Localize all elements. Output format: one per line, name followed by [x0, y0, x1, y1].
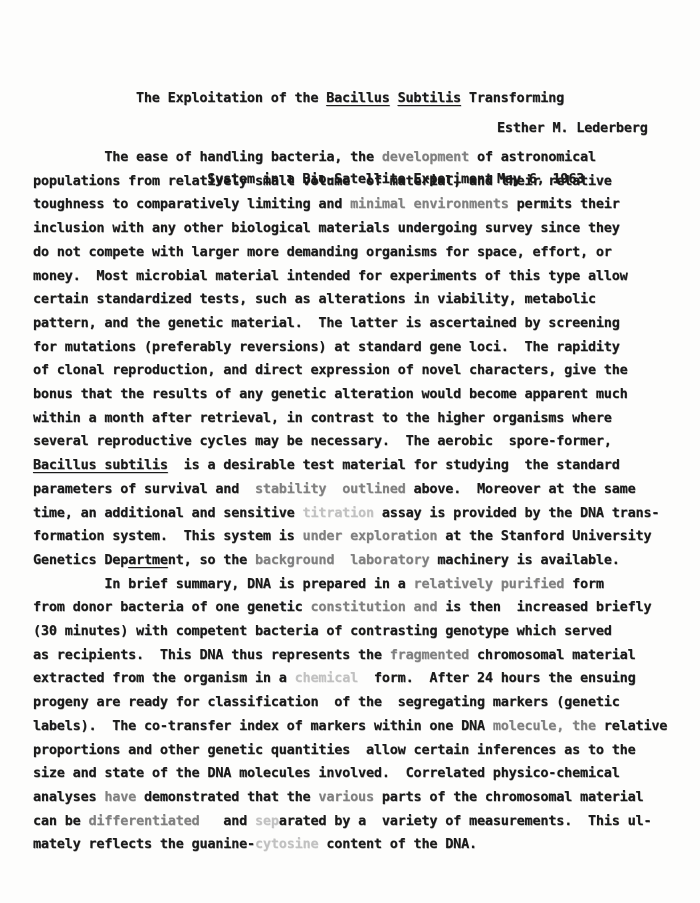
- text-segment: proportions and other genetic quantities…: [33, 742, 636, 758]
- text-segment: parts of the chromosomal material: [374, 789, 644, 805]
- body-line: toughness to comparatively limiting and …: [33, 193, 667, 217]
- text-segment: and: [200, 813, 256, 829]
- text-segment: certain standardized tests, such as alte…: [33, 291, 596, 307]
- body-line: The ease of handling bacteria, the devel…: [33, 146, 667, 170]
- body-line: populations from relatively small volume…: [33, 170, 667, 194]
- text-segment: can be: [33, 813, 89, 829]
- text-segment: form: [564, 576, 604, 592]
- body-line: time, an additional and sensitive titrat…: [33, 502, 667, 526]
- text-segment: size and state of the DNA molecules invo…: [33, 765, 620, 781]
- text-segment: relative: [596, 718, 667, 734]
- body-line: bonus that the results of any genetic al…: [33, 383, 667, 407]
- text-segment: nt, so the: [168, 552, 255, 568]
- author-name: Esther M. Lederberg: [497, 120, 648, 137]
- body-line: proportions and other genetic quantities…: [33, 739, 667, 763]
- text-segment: under exploration: [303, 528, 438, 544]
- body-line: money. Most microbial material intended …: [33, 265, 667, 289]
- text-segment: money. Most microbial material intended …: [33, 268, 628, 284]
- text-segment: for mutations (preferably reversions) at…: [33, 339, 620, 355]
- text-segment: The Exploitation of the: [136, 90, 326, 106]
- text-segment: toughness to comparatively limiting and: [33, 196, 350, 212]
- text-segment: inclusion with any other biological mate…: [33, 220, 620, 236]
- text-segment: parameters of survival and: [33, 481, 255, 497]
- text-segment: analyses: [33, 789, 104, 805]
- text-segment: relatively purified: [414, 576, 565, 592]
- body-line: several reproductive cycles may be neces…: [33, 430, 667, 454]
- text-segment: formation system. This system is: [33, 528, 303, 544]
- text-segment: extracted from the organism in a: [33, 670, 295, 686]
- body-line: within a month after retrieval, in contr…: [33, 407, 667, 431]
- text-segment: from donor bacteria of one genetic: [33, 599, 310, 615]
- underlined-text: Bacillus: [326, 90, 389, 106]
- body-line: parameters of survival and stability out…: [33, 478, 667, 502]
- body-line: formation system. This system is under e…: [33, 525, 667, 549]
- body-line: can be differentiated and separated by a…: [33, 810, 667, 834]
- body-line: extracted from the organism in a chemica…: [33, 667, 667, 691]
- text-segment: [390, 90, 398, 106]
- text-segment: is then increased briefly: [437, 599, 651, 615]
- text-segment: machinery is available.: [429, 552, 619, 568]
- underlined-text: Bacillus subtilis: [33, 457, 168, 473]
- text-segment: sep: [255, 813, 279, 829]
- body-line: labels). The co-transfer index of marker…: [33, 715, 667, 739]
- body-line: certain standardized tests, such as alte…: [33, 288, 667, 312]
- text-segment: content of the DNA.: [318, 836, 477, 852]
- text-segment: time, an additional and sensitive: [33, 505, 303, 521]
- text-segment: chemical: [295, 670, 358, 686]
- text-segment: populations from relatively small volume…: [33, 173, 612, 189]
- body-line: do not compete with larger more demandin…: [33, 241, 667, 265]
- body-line: as recipients. This DNA thus represents …: [33, 644, 667, 668]
- text-segment: background laboratory: [255, 552, 429, 568]
- body-line: Bacillus subtilis is a desirable test ma…: [33, 454, 667, 478]
- text-segment: chromosomal material: [469, 647, 635, 663]
- body-line: progeny are ready for classification of …: [33, 691, 667, 715]
- text-segment: do not compete with larger more demandin…: [33, 244, 612, 260]
- text-segment: mately reflects the guanine-: [33, 836, 255, 852]
- text-segment: stability outlined: [255, 481, 406, 497]
- text-segment: above. Moreover at the same: [406, 481, 636, 497]
- text-segment: demonstrated that the: [136, 789, 318, 805]
- text-segment: is a desirable test material for studyin…: [168, 457, 620, 473]
- body-line: from donor bacteria of one genetic const…: [33, 596, 667, 620]
- text-segment: molecule, the: [493, 718, 596, 734]
- text-segment: assay is provided by the DNA trans-: [374, 505, 659, 521]
- body-line: for mutations (preferably reversions) at…: [33, 336, 667, 360]
- body-line: (30 minutes) with competent bacteria of …: [33, 620, 667, 644]
- body-line: size and state of the DNA molecules invo…: [33, 762, 667, 786]
- text-segment: The ease of handling bacteria, the: [33, 149, 382, 165]
- body-line: mately reflects the guanine-cytosine con…: [33, 833, 667, 857]
- underlined-text: artme: [128, 552, 168, 568]
- text-segment: form. After 24 hours the ensuing: [358, 670, 635, 686]
- document-page: The Exploitation of the Bacillus Subtili…: [0, 0, 700, 903]
- text-segment: Genetics Dep: [33, 552, 128, 568]
- text-segment: pattern, and the genetic material. The l…: [33, 315, 620, 331]
- body-line: pattern, and the genetic material. The l…: [33, 312, 667, 336]
- text-segment: at the Stanford University: [437, 528, 651, 544]
- text-segment: of clonal reproduction, and direct expre…: [33, 362, 628, 378]
- body-line: inclusion with any other biological mate…: [33, 217, 667, 241]
- text-segment: In brief summary, DNA is prepared in a: [33, 576, 414, 592]
- text-segment: development: [382, 149, 469, 165]
- text-segment: several reproductive cycles may be neces…: [33, 433, 612, 449]
- text-segment: bonus that the results of any genetic al…: [33, 386, 628, 402]
- text-segment: of astronomical: [469, 149, 596, 165]
- document-body: The ease of handling bacteria, the devel…: [33, 146, 667, 857]
- body-line: analyses have demonstrated that the vari…: [33, 786, 667, 810]
- text-segment: permits their: [509, 196, 620, 212]
- underlined-text: Subtilis: [398, 90, 461, 106]
- text-segment: fragmented: [390, 647, 469, 663]
- text-segment: cytosine: [255, 836, 318, 852]
- text-segment: within a month after retrieval, in contr…: [33, 410, 612, 426]
- text-segment: differentiated: [89, 813, 200, 829]
- text-segment: labels). The co-transfer index of marker…: [33, 718, 493, 734]
- text-segment: (30 minutes) with competent bacteria of …: [33, 623, 612, 639]
- text-segment: minimal environments: [350, 196, 509, 212]
- text-segment: various: [318, 789, 374, 805]
- text-segment: titration: [303, 505, 374, 521]
- text-segment: arated by a variety of measurements. Thi…: [279, 813, 652, 829]
- text-segment: constitution and: [310, 599, 437, 615]
- text-segment: as recipients. This DNA thus represents …: [33, 647, 390, 663]
- body-line: of clonal reproduction, and direct expre…: [33, 359, 667, 383]
- body-line: Genetics Department, so the background l…: [33, 549, 667, 573]
- text-segment: have: [104, 789, 136, 805]
- text-segment: progeny are ready for classification of …: [33, 694, 620, 710]
- body-line: In brief summary, DNA is prepared in a r…: [33, 573, 667, 597]
